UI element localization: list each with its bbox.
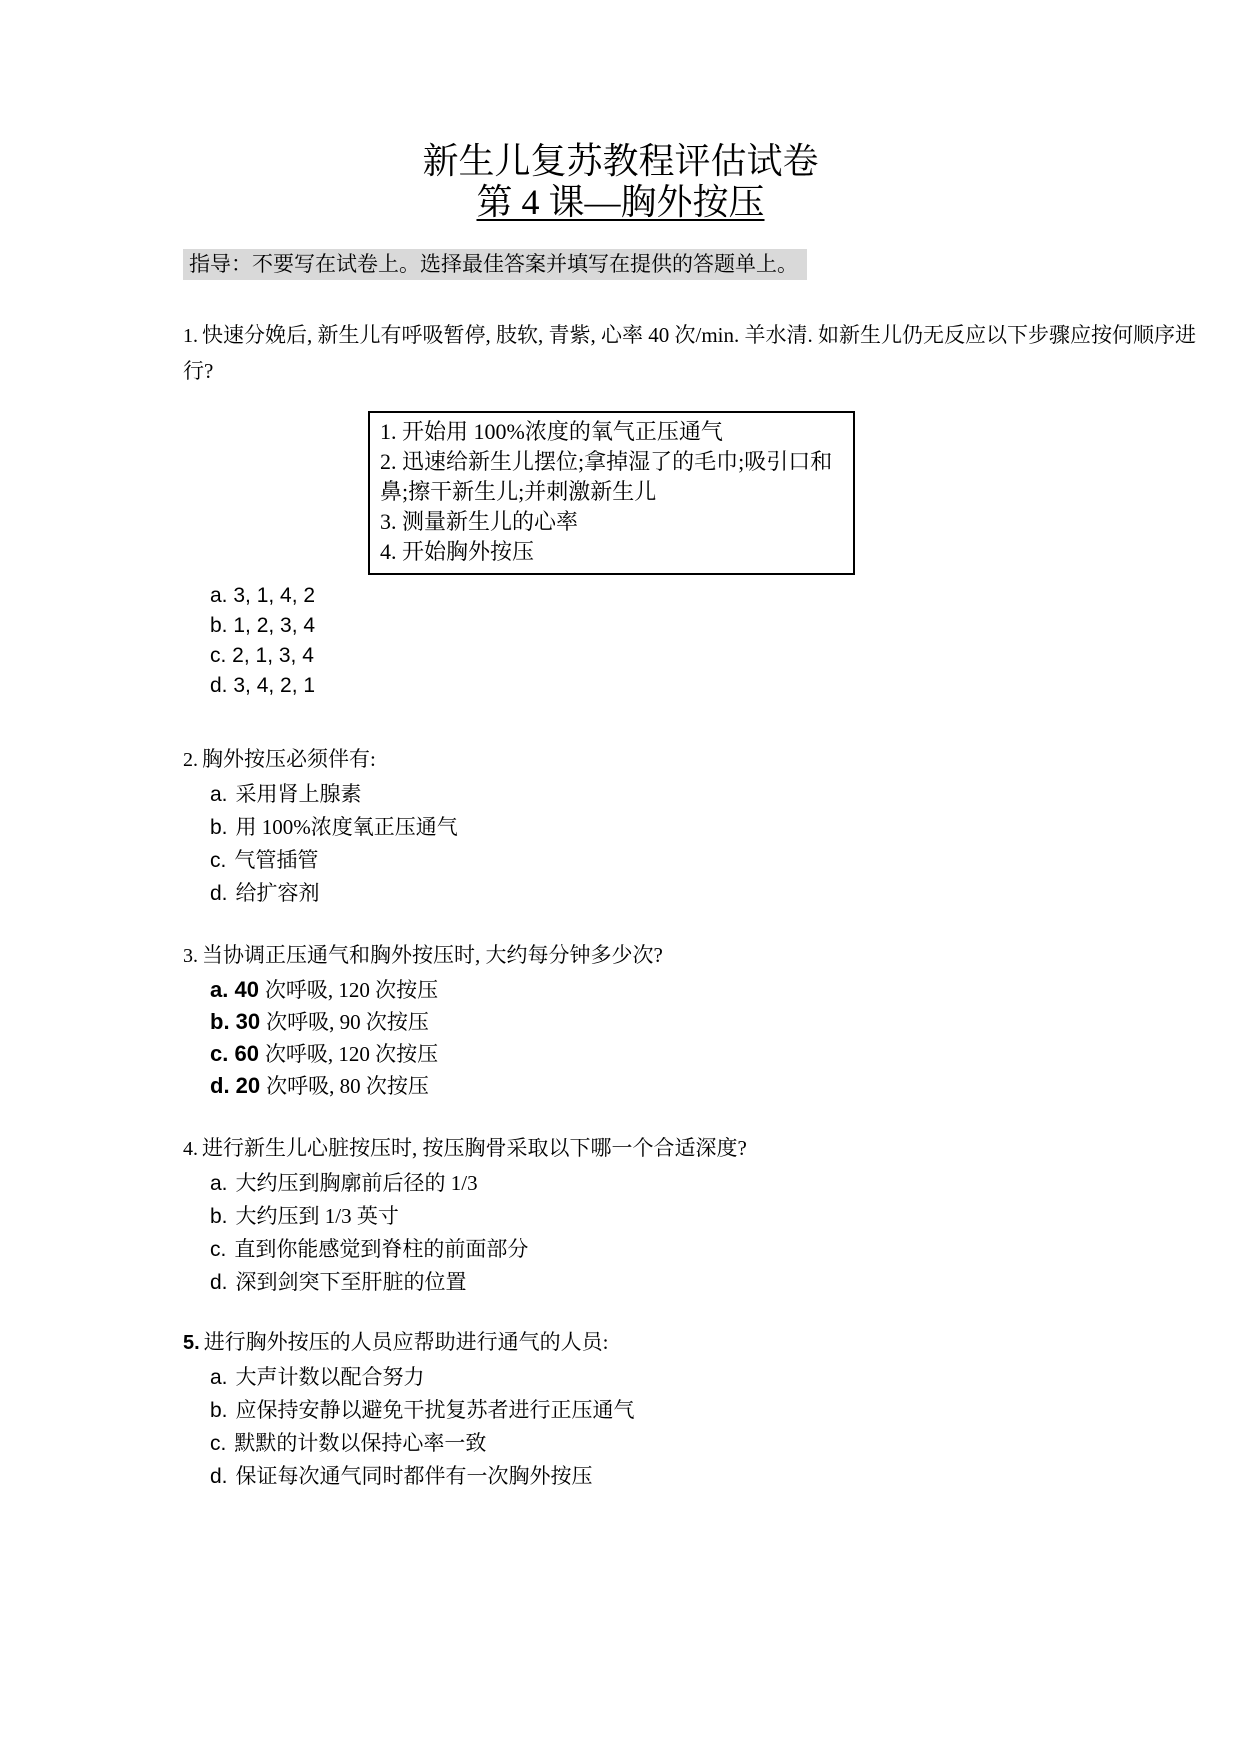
option-row: b.大约压到 1/3 英寸 [210, 1200, 747, 1233]
option-row: a. 40次呼吸, 120 次按压 [210, 974, 663, 1006]
option-label: b. [210, 816, 228, 839]
question-3-text: 3.当协调正压通气和胸外按压时, 大约每分钟多少次? [183, 938, 663, 974]
option-label: b. [210, 1399, 228, 1422]
exam-page: 新生儿复苏教程评估试卷 第 4 课—胸外按压 指导：不要写在试卷上。选择最佳答案… [0, 0, 1241, 1754]
question-2: 2.胸外按压必须伴有: a.采用肾上腺素 b.用 100%浓度氧正压通气 c.气… [183, 742, 458, 910]
option-text: 次呼吸, 80 次按压 [266, 1074, 429, 1098]
question-1-options: a. 3, 1, 4, 2 b. 1, 2, 3, 4 c. 2, 1, 3, … [210, 580, 323, 700]
option-text: 大声计数以配合努力 [236, 1365, 425, 1389]
option-label: a. [210, 1366, 228, 1389]
page-subtitle: 第 4 课—胸外按压 [0, 182, 1241, 223]
option-row: c.默默的计数以保持心率一致 [210, 1427, 635, 1460]
step-item-4: 4. 开始胸外按压 [380, 537, 843, 567]
option-row: b.应保持安静以避免干扰复苏者进行正压通气 [210, 1394, 635, 1427]
option-row: a.采用肾上腺素 [210, 778, 458, 811]
instructions-banner: 指导：不要写在试卷上。选择最佳答案并填写在提供的答题单上。 [183, 249, 807, 280]
option-label: a. [210, 783, 228, 806]
step-item-3: 3. 测量新生儿的心率 [380, 507, 843, 537]
question-2-text: 2.胸外按压必须伴有: [183, 742, 458, 778]
option-label: c. 2, 1, 3, 4 [210, 644, 314, 667]
option-row: b. 30次呼吸, 90 次按压 [210, 1006, 663, 1038]
question-3-options: a. 40次呼吸, 120 次按压 b. 30次呼吸, 90 次按压 c. 60… [210, 974, 663, 1102]
question-1-steps-box: 1. 开始用 100%浓度的氧气正压通气 2. 迅速给新生儿摆位;拿掉湿了的毛巾… [368, 411, 855, 575]
option-label: a. 40 [210, 977, 259, 1002]
option-label: c. 60 [210, 1041, 259, 1066]
question-1-body: 快速分娩后, 新生儿有呼吸暂停, 肢软, 青紫, 心率 40 次/min. 羊水… [183, 323, 1196, 383]
question-2-body: 胸外按压必须伴有: [202, 747, 376, 771]
option-row: a.大声计数以配合努力 [210, 1361, 635, 1394]
option-row: c. 60次呼吸, 120 次按压 [210, 1038, 663, 1070]
option-text: 采用肾上腺素 [236, 782, 362, 806]
option-row: b. 1, 2, 3, 4 [210, 610, 323, 640]
option-label: a. [210, 1172, 228, 1195]
option-row: b.用 100%浓度氧正压通气 [210, 811, 458, 844]
option-text: 应保持安静以避免干扰复苏者进行正压通气 [236, 1398, 635, 1422]
option-label: d. 3, 4, 2, 1 [210, 674, 315, 697]
option-label: a. 3, 1, 4, 2 [210, 584, 315, 607]
option-row: c.气管插管 [210, 844, 458, 877]
option-row: a. 3, 1, 4, 2 [210, 580, 323, 610]
option-text: 气管插管 [234, 848, 318, 872]
question-4-number: 4. [183, 1138, 198, 1160]
option-text: 大约压到 1/3 英寸 [236, 1204, 399, 1228]
question-3: 3.当协调正压通气和胸外按压时, 大约每分钟多少次? a. 40次呼吸, 120… [183, 938, 663, 1102]
step-item-1: 1. 开始用 100%浓度的氧气正压通气 [380, 417, 843, 447]
question-5-body: 进行胸外按压的人员应帮助进行通气的人员: [204, 1330, 609, 1354]
option-text: 次呼吸, 90 次按压 [266, 1010, 429, 1034]
question-5-options: a.大声计数以配合努力 b.应保持安静以避免干扰复苏者进行正压通气 c.默默的计… [210, 1361, 635, 1493]
question-2-number: 2. [183, 749, 198, 771]
question-4-options: a.大约压到胸廓前后径的 1/3 b.大约压到 1/3 英寸 c.直到你能感觉到… [210, 1167, 747, 1299]
step-item-2: 2. 迅速给新生儿摆位;拿掉湿了的毛巾;吸引口和鼻;擦干新生儿;并刺激新生儿 [380, 447, 843, 507]
option-row: d.给扩容剂 [210, 877, 458, 910]
option-label: c. [210, 849, 226, 872]
option-label: d. [210, 1465, 228, 1488]
option-label: b. 1, 2, 3, 4 [210, 614, 315, 637]
question-4: 4.进行新生儿心脏按压时, 按压胸骨采取以下哪一个合适深度? a.大约压到胸廓前… [183, 1131, 747, 1299]
question-1-text: 1.快速分娩后, 新生儿有呼吸暂停, 肢软, 青紫, 心率 40 次/min. … [183, 318, 1198, 389]
title-block: 新生儿复苏教程评估试卷 第 4 课—胸外按压 [0, 141, 1241, 223]
option-text: 直到你能感觉到脊柱的前面部分 [234, 1237, 528, 1261]
question-3-body: 当协调正压通气和胸外按压时, 大约每分钟多少次? [202, 943, 663, 967]
option-text: 保证每次通气同时都伴有一次胸外按压 [236, 1464, 593, 1488]
option-label: b. 30 [210, 1009, 260, 1034]
option-text: 用 100%浓度氧正压通气 [236, 815, 458, 839]
question-4-body: 进行新生儿心脏按压时, 按压胸骨采取以下哪一个合适深度? [202, 1136, 747, 1160]
option-row: c.直到你能感觉到脊柱的前面部分 [210, 1233, 747, 1266]
question-1-number: 1. [183, 325, 198, 347]
option-row: d.深到剑突下至肝脏的位置 [210, 1266, 747, 1299]
option-text: 大约压到胸廓前后径的 1/3 [236, 1171, 478, 1195]
question-3-number: 3. [183, 945, 198, 967]
option-label: d. [210, 1271, 228, 1294]
question-4-text: 4.进行新生儿心脏按压时, 按压胸骨采取以下哪一个合适深度? [183, 1131, 747, 1167]
option-label: c. [210, 1432, 226, 1455]
option-text: 次呼吸, 120 次按压 [265, 978, 438, 1002]
option-text: 次呼吸, 120 次按压 [265, 1042, 438, 1066]
option-row: d. 3, 4, 2, 1 [210, 670, 323, 700]
option-label: b. [210, 1205, 228, 1228]
page-title: 新生儿复苏教程评估试卷 [0, 141, 1241, 182]
option-label: d. 20 [210, 1073, 260, 1098]
question-5: 5.进行胸外按压的人员应帮助进行通气的人员: a.大声计数以配合努力 b.应保持… [183, 1325, 635, 1493]
option-row: d.保证每次通气同时都伴有一次胸外按压 [210, 1460, 635, 1493]
question-5-number: 5. [183, 1332, 200, 1354]
question-5-text: 5.进行胸外按压的人员应帮助进行通气的人员: [183, 1325, 635, 1361]
option-row: d. 20次呼吸, 80 次按压 [210, 1070, 663, 1102]
option-text: 深到剑突下至肝脏的位置 [236, 1270, 467, 1294]
question-2-options: a.采用肾上腺素 b.用 100%浓度氧正压通气 c.气管插管 d.给扩容剂 [210, 778, 458, 910]
option-label: d. [210, 882, 228, 905]
option-text: 给扩容剂 [236, 881, 320, 905]
option-row: c. 2, 1, 3, 4 [210, 640, 323, 670]
option-row: a.大约压到胸廓前后径的 1/3 [210, 1167, 747, 1200]
option-text: 默默的计数以保持心率一致 [234, 1431, 486, 1455]
option-label: c. [210, 1238, 226, 1261]
